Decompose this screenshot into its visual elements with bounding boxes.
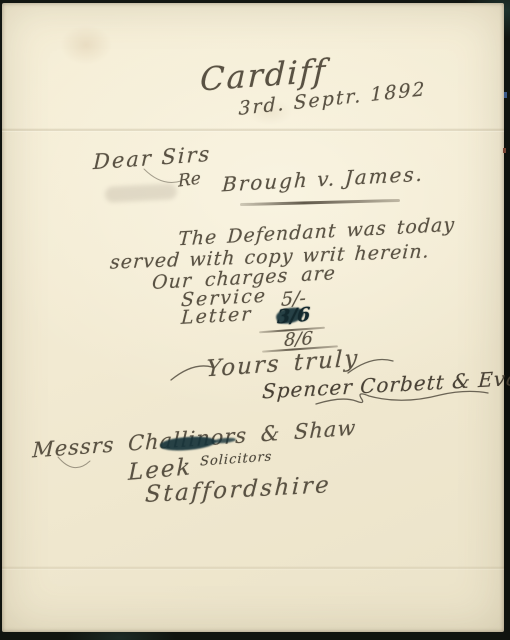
charge-label-letter: Letter xyxy=(180,303,253,329)
case-title-underline xyxy=(240,199,400,206)
recipient-role: Solicitors xyxy=(200,449,273,469)
reference-swash xyxy=(144,169,181,183)
charge-amount-letter: 3/6 xyxy=(277,303,311,328)
letter-photograph: Cardiff 3rd. Septr. 1892 Dear Sirs Re Br… xyxy=(0,0,510,640)
handwriting-layer: Cardiff 3rd. Septr. 1892 Dear Sirs Re Br… xyxy=(0,0,510,640)
reference-label: Re xyxy=(178,168,201,191)
case-title: Brough v. James. xyxy=(222,162,425,197)
